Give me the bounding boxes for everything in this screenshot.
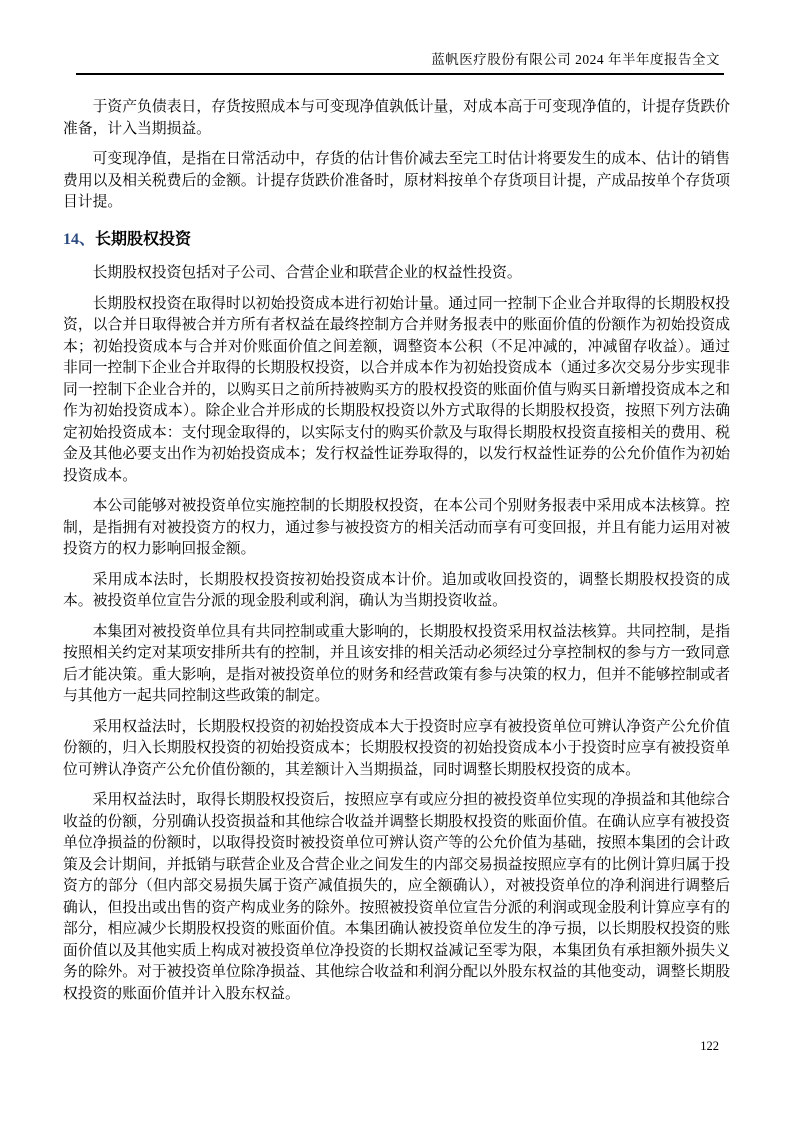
section-heading-number: 14、: [63, 231, 95, 248]
paragraph: 采用成本法时，长期股权投资按初始投资成本计价。追加或收回投资的，调整长期股权投资…: [63, 570, 730, 613]
paragraph: 本集团对被投资单位具有共同控制或重大影响的，长期股权投资采用权益法核算。共同控制…: [63, 622, 730, 708]
page-content: 于资产负债表日，存货按照成本与可变现净值孰低计量，对成本高于可变现净值的，计提存…: [63, 97, 730, 1014]
page-number: 122: [700, 1039, 719, 1053]
section-heading-title: 长期股权投资: [95, 231, 191, 248]
section-heading: 14、长期股权投资: [63, 229, 730, 251]
paragraph: 长期股权投资包括对子公司、合营企业和联营企业的权益性投资。: [63, 263, 730, 285]
paragraph: 长期股权投资在取得时以初始投资成本进行初始计量。通过同一控制下企业合并取得的长期…: [63, 294, 730, 488]
header-rule: [76, 73, 724, 75]
report-page: 蓝帆医疗股份有限公司 2024 年半年度报告全文 于资产负债表日，存货按照成本与…: [0, 0, 793, 1122]
paragraph: 采用权益法时，长期股权投资的初始投资成本大于投资时应享有被投资单位可辨认净资产公…: [63, 717, 730, 782]
paragraph: 采用权益法时，取得长期股权投资后，按照应享有或应分担的被投资单位实现的净损益和其…: [63, 790, 730, 1005]
page-header: 蓝帆医疗股份有限公司 2024 年半年度报告全文: [63, 51, 720, 68]
page-footer: 122: [700, 1039, 719, 1054]
paragraph: 可变现净值，是指在日常活动中，存货的估计售价减去至完工时估计将要发生的成本、估计…: [63, 149, 730, 214]
header-title: 蓝帆医疗股份有限公司 2024 年半年度报告全文: [431, 52, 720, 67]
paragraph: 本公司能够对被投资单位实施控制的长期股权投资，在本公司个别财务报表中采用成本法核…: [63, 496, 730, 561]
paragraph: 于资产负债表日，存货按照成本与可变现净值孰低计量，对成本高于可变现净值的，计提存…: [63, 97, 730, 140]
